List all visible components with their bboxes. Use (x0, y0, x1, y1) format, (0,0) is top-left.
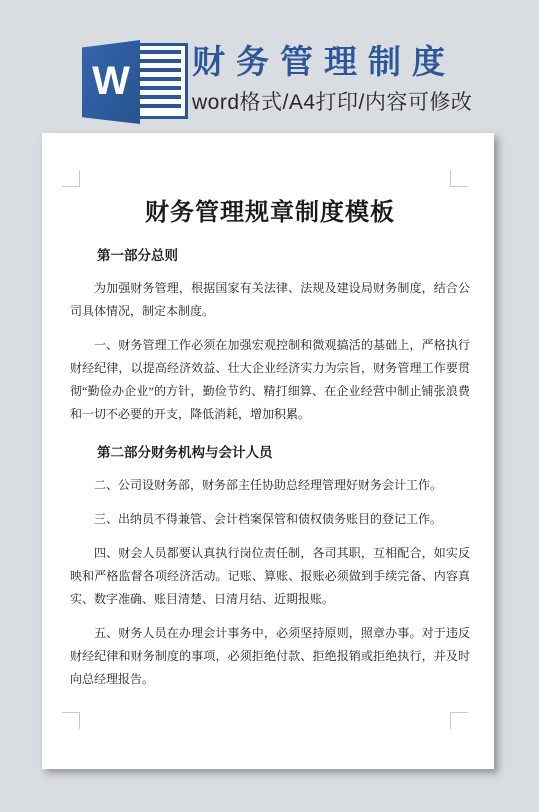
section-heading-1: 第一部分总则 (70, 246, 470, 266)
word-logo-cover: W (82, 40, 140, 124)
template-preview: W 财务管理制度 word格式/A4打印/内容可修改 财务管理规章制度模板 第一… (0, 0, 539, 812)
document-page: 财务管理规章制度模板 第一部分总则 为加强财务管理，根据国家有关法律、法规及建设… (42, 133, 494, 769)
paragraph-intro: 为加强财务管理，根据国家有关法律、法规及建设局财务制度，结合公司具体情况，制定本… (70, 277, 470, 323)
header: 财务管理制度 word格式/A4打印/内容可修改 (192, 44, 522, 116)
margin-mark-top-left-icon (62, 170, 80, 187)
paragraph-item-3: 三、出纳员不得兼管、会计档案保管和债权债务账目的登记工作。 (70, 508, 470, 531)
word-logo-document-lines (133, 50, 181, 112)
margin-mark-bottom-left-icon (62, 712, 80, 729)
margin-mark-bottom-right-icon (450, 712, 468, 729)
paragraph-item-1: 一、财务管理工作必须在加强宏观控制和微观搞活的基础上，严格执行财经纪律，以提高经… (70, 334, 470, 426)
paragraph-item-4: 四、财会人员都要认真执行岗位责任制，各司其职，互相配合，如实反映和严格监督各项经… (70, 542, 470, 611)
margin-mark-top-right-icon (450, 170, 468, 187)
paragraph-item-2: 二、公司设财务部，财务部主任协助总经理管理好财务会计工作。 (70, 474, 470, 497)
header-subtitle: word格式/A4打印/内容可修改 (192, 86, 522, 116)
document-title: 财务管理规章制度模板 (70, 197, 470, 229)
header-title: 财务管理制度 (192, 44, 522, 80)
paragraph-item-5: 五、财务人员在办理会计事务中，必须坚持原则，照章办事。对于违反财经纪律和财务制度… (70, 622, 470, 691)
section-heading-2: 第二部分财务机构与会计人员 (70, 443, 470, 463)
word-logo-icon: W (82, 40, 188, 124)
word-logo-letter: W (92, 61, 130, 101)
